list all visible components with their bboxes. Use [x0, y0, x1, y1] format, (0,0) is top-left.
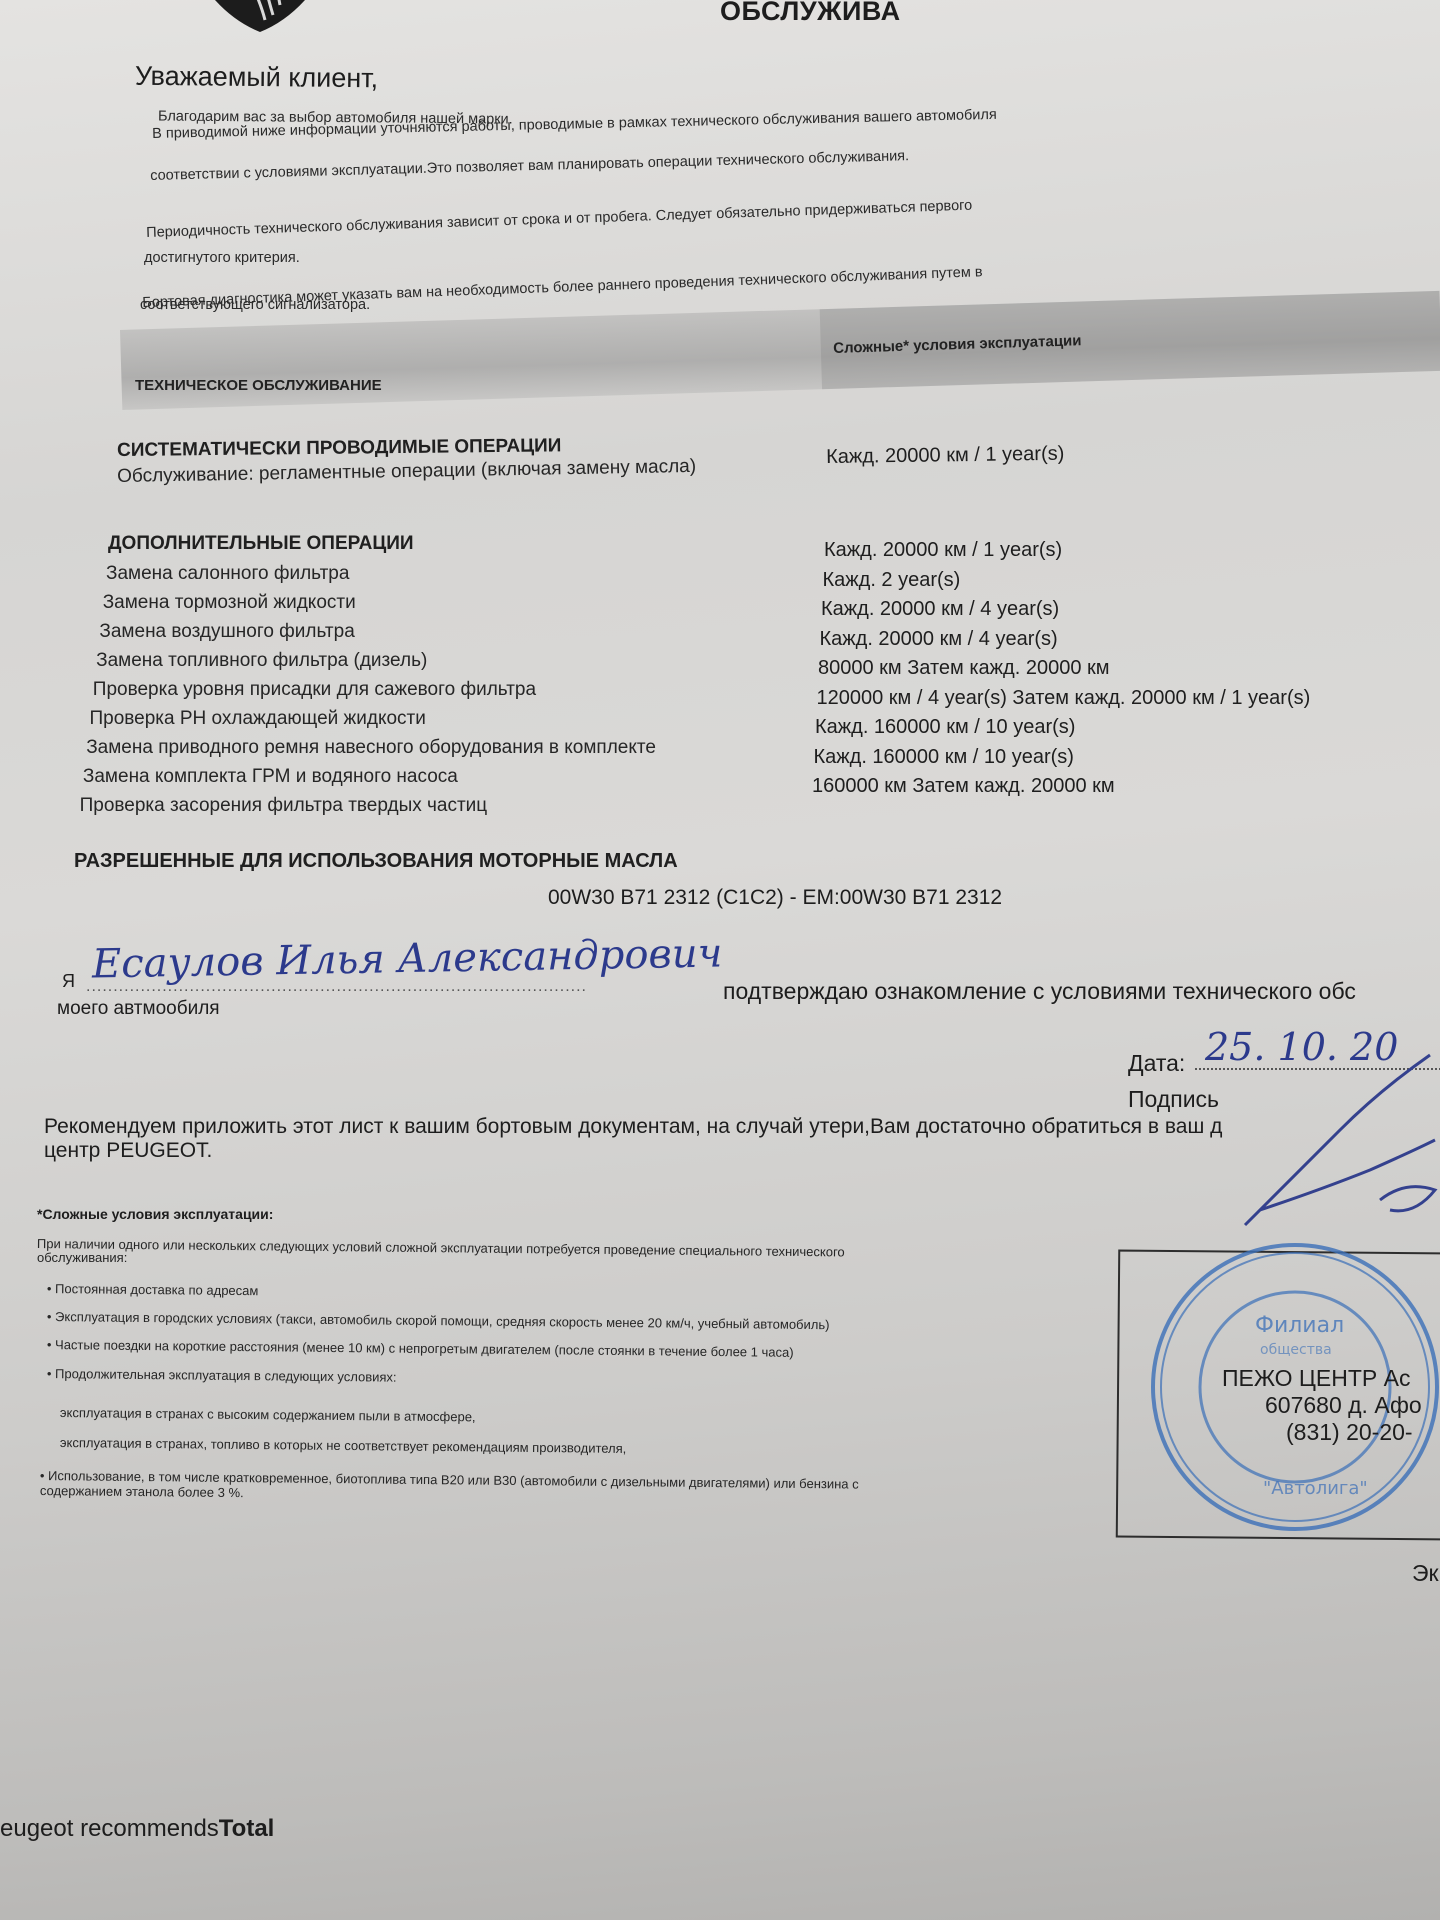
operation-label: Замена топливного фильтра (дизель) [96, 650, 427, 672]
intro-line: соответствующего сигнализатора. [140, 297, 370, 313]
severe-condition-item: эксплуатация в странах с высоким содержа… [60, 1405, 476, 1424]
operation-interval: Кажд. 2 year(s) [823, 569, 961, 592]
handwritten-signature-icon [1230, 1050, 1440, 1250]
operation-label: Замена салонного фильтра [106, 563, 349, 585]
severe-condition-item: • Постоянная доставка по адресам [47, 1281, 259, 1298]
operation-label: Замена приводного ремня навесного оборуд… [86, 737, 656, 759]
severe-condition-item: эксплуатация в странах, топливо в которы… [60, 1435, 627, 1456]
stamp-printed-line: ПЕЖО ЦЕНТР Ас [1222, 1365, 1410, 1392]
footer-prefix: eugeot recommends [0, 1815, 219, 1842]
footer-brand: Total [219, 1815, 275, 1842]
oil-code: 00W30 B71 2312 (C1C2) - EM:00W30 B71 231… [548, 886, 1002, 910]
operation-interval: 80000 км Затем кажд. 20000 км [818, 657, 1110, 680]
section-title-oils: РАЗРЕШЕННЫЕ ДЛЯ ИСПОЛЬЗОВАНИЯ МОТОРНЫЕ М… [74, 850, 678, 873]
severe-condition-item: • Частые поездки на короткие расстояния … [47, 1337, 794, 1360]
intro-line: соответствии с условиями эксплуатации.Эт… [150, 148, 909, 184]
greeting: Уважаемый клиент, [135, 61, 378, 95]
ack-line2: моего автмообиля [57, 998, 220, 1020]
document-title: ОБСЛУЖИВА [720, 0, 901, 27]
operation-label: Замена воздушного фильтра [99, 621, 354, 643]
peugeot-lion-logo-icon [205, 0, 315, 32]
edge-text: Эк [1412, 1560, 1439, 1587]
section-title-systematic: СИСТЕМАТИЧЕСКИ ПРОВОДИМЫЕ ОПЕРАЦИИ [117, 435, 561, 462]
operation-interval: Кажд. 20000 км / 4 year(s) [820, 628, 1058, 651]
column-header-maintenance: ТЕХНИЧЕСКОЕ ОБСЛУЖИВАНИЕ [135, 377, 382, 394]
intro-line: Периодичность технического обслуживания … [146, 198, 972, 241]
severe-condition-item: • Продолжительная эксплуатация в следующ… [47, 1366, 397, 1385]
severe-conditions-title: *Сложные условия эксплуатации: [37, 1206, 273, 1222]
operation-label: Проверка уровня присадки для сажевого фи… [93, 679, 536, 701]
operation-interval: Кажд. 20000 км / 1 year(s) [824, 539, 1062, 562]
footer-tagline: eugeot recommendsTotal [0, 1815, 274, 1843]
operation-interval: Кажд. 20000 км / 1 year(s) [826, 443, 1064, 469]
operation-interval: Кажд. 160000 км / 10 year(s) [814, 746, 1074, 769]
operation-label: Замена тормозной жидкости [103, 592, 356, 614]
svg-text:Филиал: Филиал [1255, 1313, 1344, 1338]
operation-interval: Кажд. 160000 км / 10 year(s) [815, 716, 1075, 739]
service-document-sheet: ОБСЛУЖИВА Уважаемый клиент, Благодарим в… [0, 0, 1440, 1920]
severe-condition-item: содержанием этанола более 3 %. [40, 1483, 244, 1500]
severe-condition-item: • Эксплуатация в городских условиях (так… [47, 1309, 830, 1332]
name-dotted-line: ........................................… [86, 978, 726, 996]
operation-interval: 120000 км / 4 year(s) Затем кажд. 20000 … [817, 687, 1311, 710]
svg-text:общества: общества [1260, 1342, 1332, 1358]
operation-label: Проверка засорения фильтра твердых части… [80, 795, 488, 817]
operation-label: Проверка PH охлаждающей жидкости [90, 708, 426, 730]
ack-prefix: Я [62, 971, 75, 992]
svg-text:"Автолига": "Автолига" [1263, 1478, 1368, 1499]
stamp-printed-line: 607680 д. Афо [1265, 1392, 1422, 1419]
date-label: Дата: [1128, 1050, 1185, 1077]
ack-text: подтверждаю ознакомление с условиями тех… [723, 978, 1356, 1005]
operation-interval: 160000 км Затем кажд. 20000 км [812, 775, 1115, 798]
intro-line: достигнутого критерия. [144, 250, 300, 266]
signature-label: Подпись [1128, 1086, 1219, 1113]
severe-intro: При наличии одного или нескольких следую… [37, 1236, 845, 1259]
section-title-additional: ДОПОЛНИТЕЛЬНЫЕ ОПЕРАЦИИ [108, 533, 414, 555]
operation-interval: Кажд. 20000 км / 4 year(s) [821, 598, 1059, 621]
operation-label: Замена комплекта ГРМ и водяного насоса [83, 766, 458, 788]
recommendation-line: центр PEUGEOT. [44, 1139, 212, 1163]
severe-intro: обслуживания: [37, 1250, 127, 1265]
stamp-printed-line: (831) 20-20- [1286, 1419, 1413, 1446]
recommendation-line: Рекомендуем приложить этот лист к вашим … [44, 1115, 1222, 1139]
